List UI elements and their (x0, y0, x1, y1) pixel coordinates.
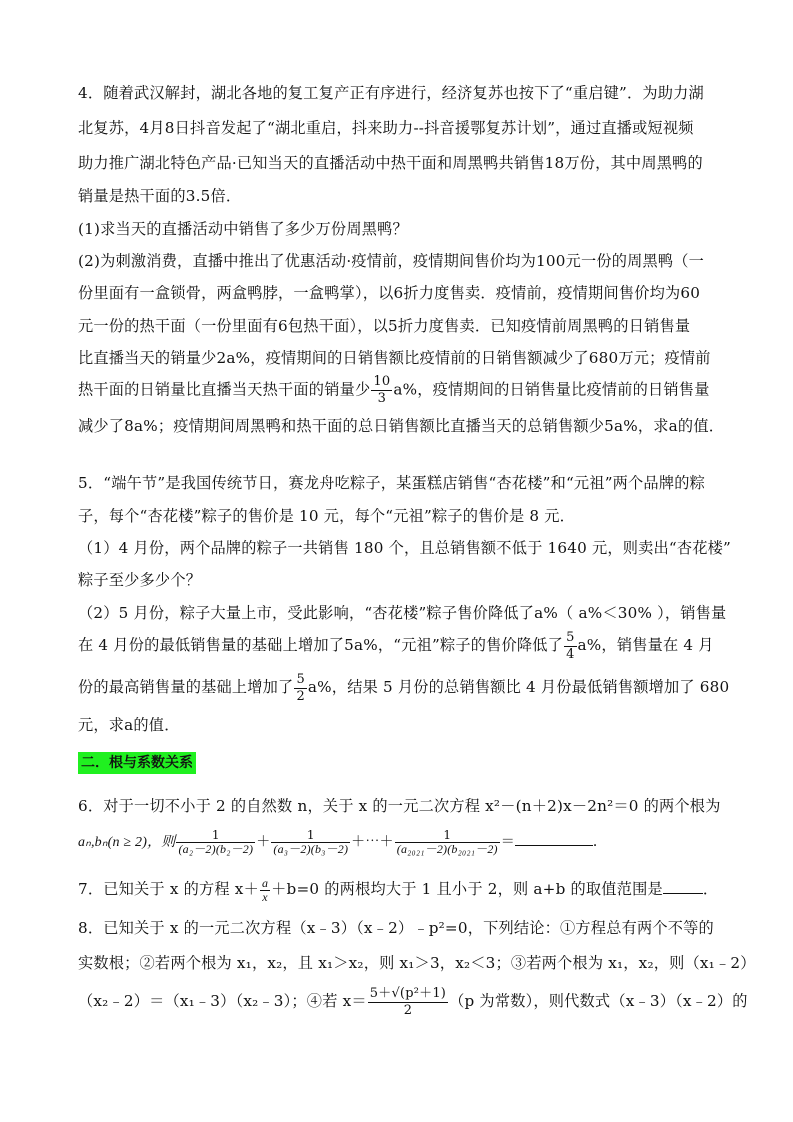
q5-part2-line-4: 元，求a的值． (78, 715, 180, 735)
fraction-denominator: (a₂₀₂₁－2)(b₂₀₂₁－2) (395, 843, 500, 856)
fraction-denominator: 2 (294, 689, 306, 705)
q8-text-a: （x₂﹣2）＝（x₁﹣3）（x₂﹣3）；④若 x＝ (78, 992, 367, 1010)
fraction-denominator: 4 (564, 647, 576, 663)
q5-part1-line-2: 粽子至少多少个？ (78, 570, 201, 590)
q4-line10-text-a: 热干面的日销量比直播当天热干面的销量少 (78, 381, 370, 399)
q8-line-2: 实数根；②若两个根为 x₁，x₂，且 x₁＞x₂，则 x₁＞3，x₂＜3；③若两… (78, 953, 756, 973)
fraction-denominator: 3 (371, 391, 392, 407)
q4-line-4: 销量是热干面的3.5倍． (78, 186, 241, 206)
q4-line-3: 助力推广湖北特色产品·已知当天的直播活动中热干面和周黑鸭共销售18万份，其中周黑… (78, 153, 703, 173)
fraction-numerator: 5 (564, 630, 576, 647)
q5-line6-text-a: 在 4 月份的最低销售量的基础上增加了5a%，“元祖”粽子的售价降低了 (78, 636, 563, 654)
fraction-numerator: 1 (176, 829, 255, 843)
q6-line-2: aₙ,bₙ(n ≥ 2)，则1(a₂－2)(b₂－2)＋1(a₃－2)(b₃－2… (78, 822, 607, 863)
fraction-x-value: 5＋√(p²＋1)2 (368, 986, 448, 1019)
q6-line-1: 6．对于一切不小于 2 的自然数 n，关于 x 的一元二次方程 x²－(n＋2)… (78, 796, 721, 816)
ellipsis: ＋⋯＋ (351, 834, 394, 850)
q4-part2-line-2: 份里面有一盒锁骨，两盒鸭脖，一盒鸭掌），以6折力度售卖．疫情前，疫情期间售价均为… (78, 283, 700, 303)
fraction-denominator: (a₃－2)(b₃－2) (271, 843, 350, 856)
q5-line-2: 子，每个“杏花楼”粽子的售价是 10 元，每个“元祖”粽子的售价是 8 元． (78, 506, 575, 526)
q5-part1-line-1: （1）4 月份，两个品牌的粽子一共销售 180 个，且总销售额不低于 1640 … (78, 538, 731, 558)
answer-blank[interactable] (515, 831, 593, 846)
fraction-numerator: a (260, 877, 270, 891)
q4-part2-line-1: (2)为刺激消费，直播中推出了优惠活动·疫情前，疫情期间售价均为100元一份的周… (78, 251, 704, 271)
q7-text-b: ＋b=0 的两根均大于 1 且小于 2，则 a+b 的取值范围是 (271, 880, 663, 898)
q7-line: 7．已知关于 x 的方程 x＋ax＋b=0 的两根均大于 1 且小于 2，则 a… (78, 873, 718, 905)
equals-sign: ＝ (501, 834, 515, 850)
answer-blank[interactable] (663, 879, 703, 894)
fraction-numerator: 5＋√(p²＋1) (368, 986, 448, 1003)
fraction-numerator: 1 (395, 829, 500, 843)
q4-part1: (1)求当天的直播活动中销售了多少万份周黑鸭？ (78, 219, 408, 239)
fraction-5-2: 52 (294, 672, 306, 705)
q4-part2-line-4: 比直播当天的销量少2a%，疫情期间的日销售额比疫情前的日销售额减少了680万元；… (78, 348, 711, 368)
fraction-10-3: 103 (371, 374, 392, 407)
q4-part2-line-3: 元一份的热干面（一份里面有6包热干面），以5折力度售卖．已知疫情前周黑鸭的日销售… (78, 316, 690, 336)
q5-part2-line-2: 在 4 月份的最低销售量的基础上增加了5a%，“元祖”粽子的售价降低了54a%，… (78, 628, 714, 663)
fraction-numerator: 10 (371, 374, 392, 391)
q6-roots-text: aₙ,bₙ(n ≥ 2)，则 (78, 835, 175, 850)
plus-sign: ＋ (256, 834, 270, 850)
q4-line-1: 4．随着武汉解封，湖北各地的复工复产正有序进行，经济复苏也按下了“重启键”．为助… (78, 83, 704, 103)
q5-line7-text-a: 份的最高销售量的基础上增加了 (78, 678, 293, 696)
q4-line10-text-b: a%，疫情期间的日销售量比疫情前的日销售量 (393, 381, 709, 399)
fraction-term-last: 1(a₂₀₂₁－2)(b₂₀₂₁－2) (395, 829, 500, 856)
q4-part2-line-6: 减少了8a%；疫情期间周黑鸭和热干面的总日销售额比直播当天的总销售额少5a%，求… (78, 416, 724, 436)
q5-part2-line-1: （2）5 月份，粽子大量上市，受此影响，“杏花楼”粽子售价降低了a%（ a%＜3… (78, 603, 726, 623)
q4-part2-line-5: 热干面的日销量比直播当天热干面的销量少103a%，疫情期间的日销售量比疫情前的日… (78, 374, 710, 407)
period: ． (703, 880, 718, 898)
q4-line-2: 北复苏，4月8日抖音发起了“湖北重启，抖来助力--抖音援鄂复苏计划”，通过直播或… (78, 118, 694, 138)
q8-line-1: 8．已知关于 x 的一元二次方程（x﹣3）（x﹣2）﹣p²=0，下列结论：①方程… (78, 918, 714, 938)
period: ． (593, 834, 607, 850)
q8-line-3: （x₂﹣2）＝（x₁﹣3）（x₂﹣3）；④若 x＝5＋√(p²＋1)2（p 为常… (78, 981, 748, 1021)
fraction-a-over-x: ax (260, 877, 270, 904)
q5-line7-text-b: a%，结果 5 月份的总销售额比 4 月份最低销售额增加了 680 (308, 678, 729, 696)
fraction-5-4: 54 (564, 630, 576, 663)
fraction-denominator: (a₂－2)(b₂－2) (176, 843, 255, 856)
q7-text-a: 7．已知关于 x 的方程 x＋ (78, 880, 259, 898)
fraction-numerator: 1 (271, 829, 350, 843)
fraction-numerator: 5 (294, 672, 306, 689)
section-heading: 二．根与系数关系 (78, 752, 196, 774)
q5-line-1: 5．“端午节”是我国传统节日，赛龙舟吃粽子，某蛋糕店销售“杏花楼”和“元祖”两个… (78, 473, 705, 493)
fraction-term-1: 1(a₂－2)(b₂－2) (176, 829, 255, 856)
fraction-denominator: 2 (368, 1003, 448, 1019)
q5-part2-line-3: 份的最高销售量的基础上增加了52a%，结果 5 月份的总销售额比 4 月份最低销… (78, 670, 729, 705)
q5-line6-text-b: a%，销售量在 4 月 (578, 636, 714, 654)
fraction-denominator: x (260, 891, 270, 904)
fraction-term-2: 1(a₃－2)(b₃－2) (271, 829, 350, 856)
q8-text-b: （p 为常数），则代数式（x﹣3）（x﹣2）的 (449, 992, 748, 1010)
